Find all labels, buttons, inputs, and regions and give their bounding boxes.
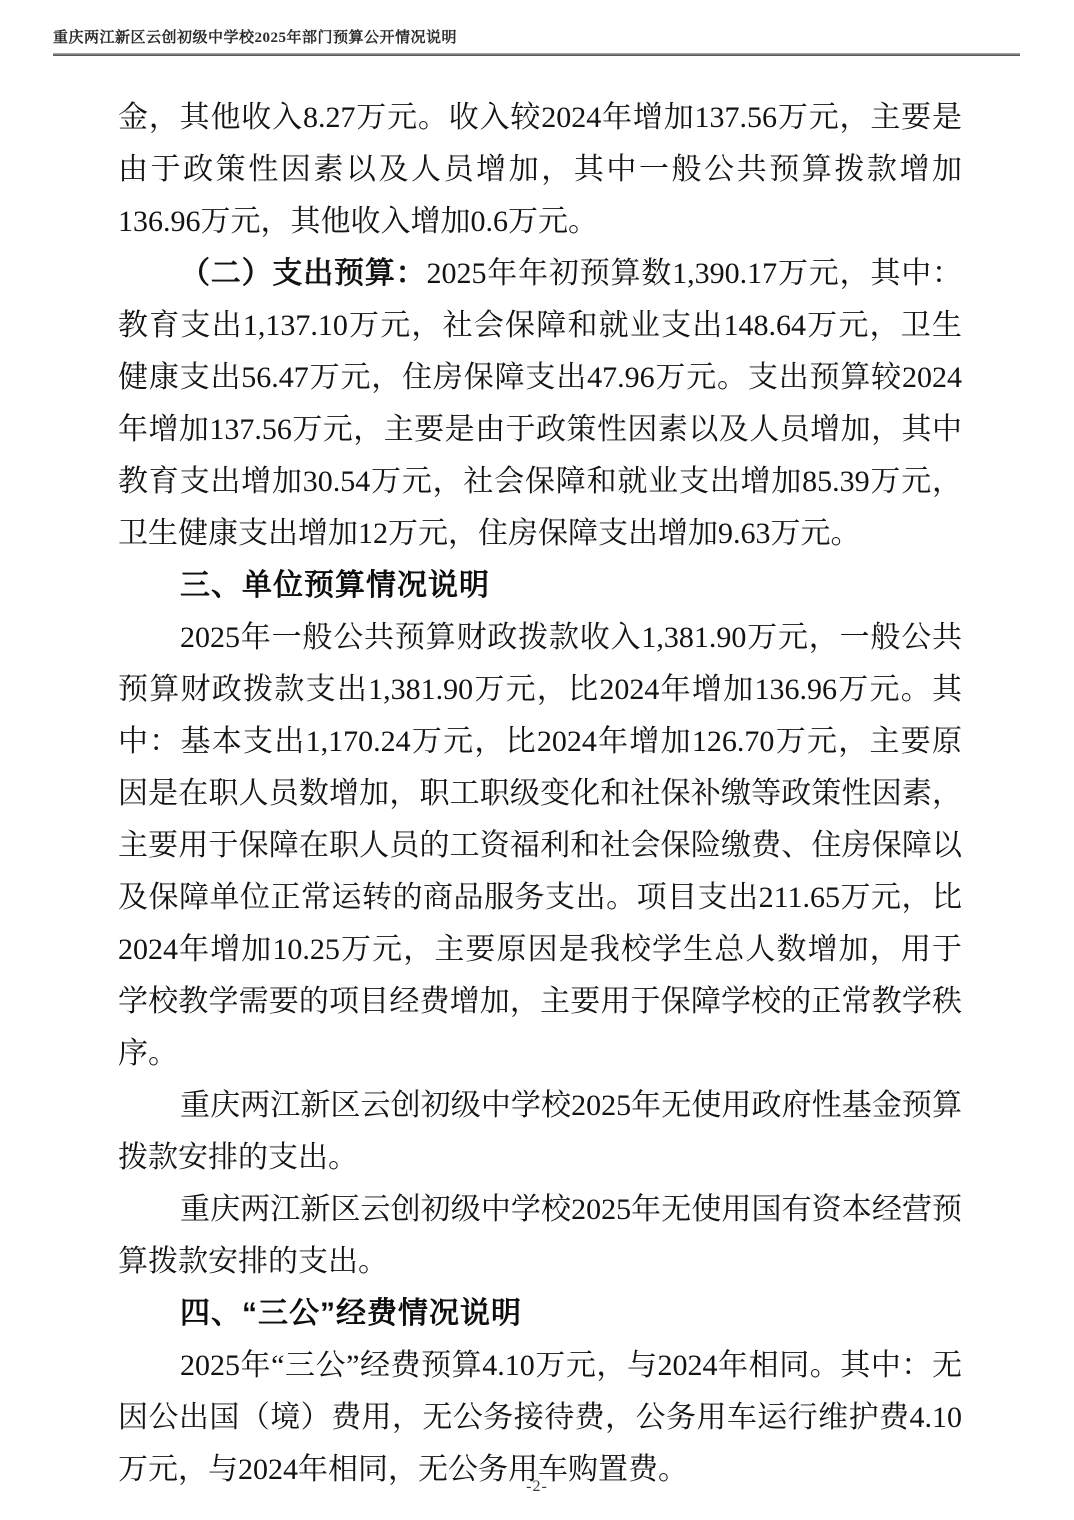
document-body: 金，其他收入8.27万元。收入较2024年增加137.56万元，主要是由于政策性… xyxy=(118,92,962,1496)
paragraph-no-state-capital: 重庆两江新区云创初级中学校2025年无使用国有资本经营预算拨款安排的支出。 xyxy=(118,1184,962,1288)
paragraph-expenditure-budget: （二）支出预算：2025年年初预算数1,390.17万元，其中：教育支出1,13… xyxy=(118,248,962,560)
header-title: 重庆两江新区云创初级中学校2025年部门预算公开情况说明 xyxy=(53,28,1020,48)
paragraph-lead-label: （二）支出预算： xyxy=(180,257,426,290)
document-page: 重庆两江新区云创初级中学校2025年部门预算公开情况说明 金，其他收入8.27万… xyxy=(0,0,1074,1520)
paragraph-body-text: 2025年年初预算数1,390.17万元，其中：教育支出1,137.10万元，社… xyxy=(118,257,962,550)
page-number: -2- xyxy=(526,1478,548,1495)
paragraph-three-public-expenses-detail: 2025年“三公”经费预算4.10万元，与2024年相同。其中：无因公出国（境）… xyxy=(118,1340,962,1496)
page-footer: -2- xyxy=(0,1478,1074,1496)
section-heading-unit-budget: 三、单位预算情况说明 xyxy=(118,560,962,612)
page-header: 重庆两江新区云创初级中学校2025年部门预算公开情况说明 xyxy=(53,28,1020,56)
section-heading-three-public-expenses: 四、“三公”经费情况说明 xyxy=(118,1288,962,1340)
paragraph-unit-budget-detail: 2025年一般公共预算财政拨款收入1,381.90万元，一般公共预算财政拨款支出… xyxy=(118,612,962,1080)
paragraph-no-government-fund: 重庆两江新区云创初级中学校2025年无使用政府性基金预算拨款安排的支出。 xyxy=(118,1080,962,1184)
paragraph-income-continuation: 金，其他收入8.27万元。收入较2024年增加137.56万元，主要是由于政策性… xyxy=(118,92,962,248)
header-rule xyxy=(53,53,1020,56)
